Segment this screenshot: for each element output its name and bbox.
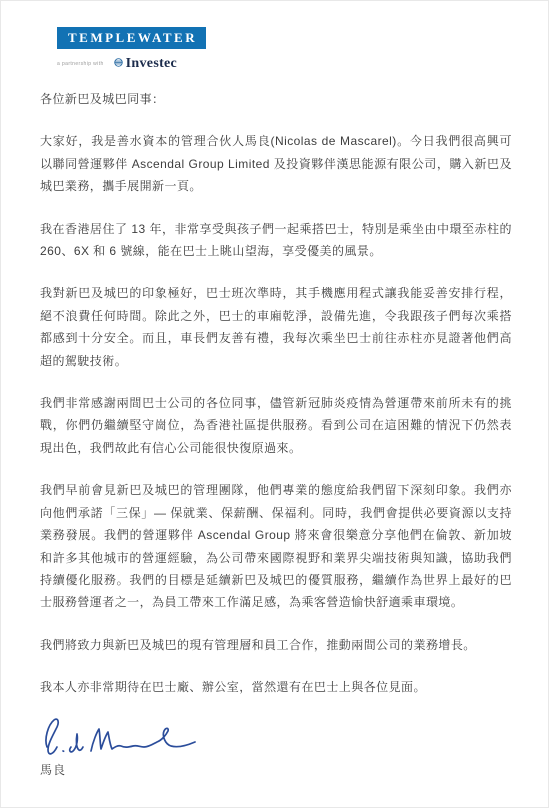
paragraph-impression: 我對新巴及城巴的印象極好，巴士班次準時，其手機應用程式讓我能妥善安排行程，絕不浪…: [40, 282, 512, 372]
paragraph-intro: 大家好，我是善水資本的管理合伙人馬良(Nicolas de Mascarel)。…: [40, 130, 512, 197]
handwritten-signature: [40, 713, 200, 759]
partnership-label: a partnership with: [57, 61, 104, 67]
paragraph-living-in-hk: 我在香港居住了 13 年，非常享受與孩子們一起乘搭巴士，特別是乘坐由中環至赤柱的…: [40, 218, 512, 263]
investec-wordmark: Investec: [126, 56, 177, 72]
company-logo-block: TEMPLEWATER a partnership with Investec: [57, 27, 206, 72]
investec-logo: Investec: [114, 56, 177, 72]
partnership-row: a partnership with Investec: [57, 56, 206, 72]
paragraph-thanks: 我們非常感謝兩間巴士公司的各位同事，儘管新冠肺炎疫情為營運帶來前所未有的挑戰，你…: [40, 392, 512, 459]
signature-block: [40, 713, 512, 757]
paragraph-cooperation: 我們將致力與新巴及城巴的現有管理層和員工合作，推動兩間公司的業務增長。: [40, 634, 512, 656]
investec-striped-globe-icon: [114, 58, 123, 67]
salutation: 各位新巴及城巴同事：: [40, 88, 512, 110]
letter-body: 各位新巴及城巴同事： 大家好，我是善水資本的管理合伙人馬良(Nicolas de…: [40, 88, 512, 781]
paragraph-looking-forward: 我本人亦非常期待在巴士廠、辦公室，當然還有在巴士上與各位見面。: [40, 676, 512, 698]
signer-name: 馬良: [40, 759, 512, 781]
templewater-logo: TEMPLEWATER: [57, 27, 206, 49]
paragraph-commitments: 我們早前會見新巴及城巴的管理團隊，他們專業的態度給我們留下深刻印象。我們亦向他們…: [40, 479, 512, 613]
letter-page: TEMPLEWATER a partnership with Investec …: [0, 0, 549, 808]
